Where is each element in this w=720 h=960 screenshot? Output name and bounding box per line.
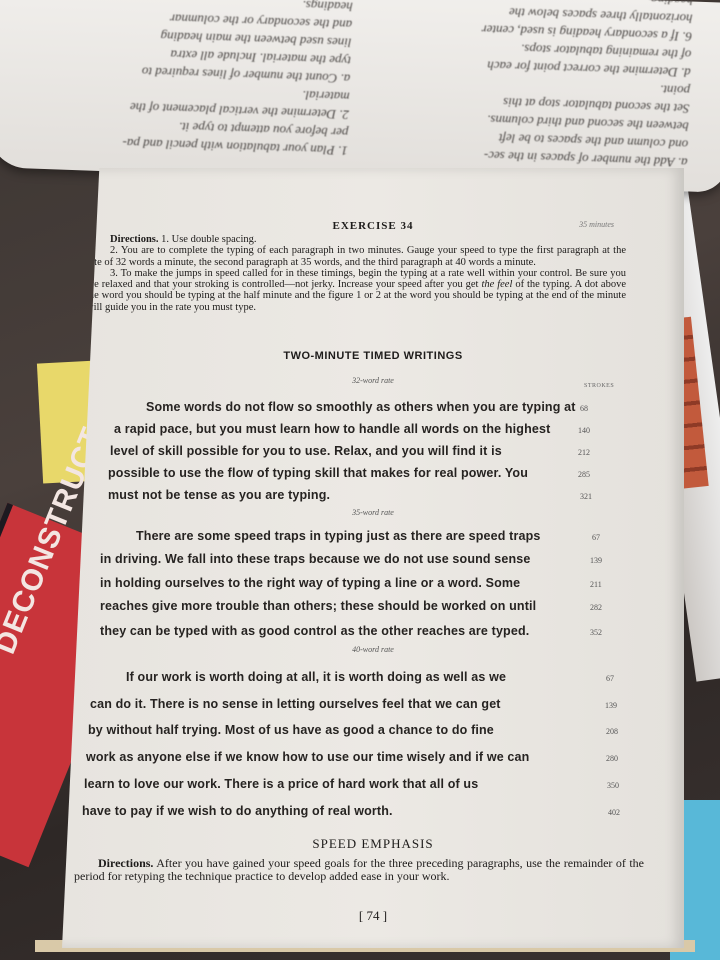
word-rate-label: 35-word rate [62,508,684,517]
timed-writing-line: a rapid pace, but you must learn how to … [114,422,550,436]
timed-writing-line: have to pay if we wish to do anything of… [82,804,393,818]
timed-writing-line: in holding ourselves to the right way of… [100,576,520,590]
timed-writing-line: There are some speed traps in typing jus… [136,529,541,543]
stroke-count: 212 [578,448,590,457]
timed-writing-line: Some words do not flow so smoothly as ot… [146,400,576,414]
stroke-count: 68 [580,404,588,413]
book-page: EXERCISE 34 35 minutes Directions. 1. Us… [62,168,684,948]
timed-writing-line: level of skill possible for you to use. … [110,444,502,458]
timed-writing-line: must not be tense as you are typing. [108,488,330,502]
stroke-count: 211 [590,580,602,589]
stroke-count: 140 [578,426,590,435]
upside-down-facing-page: a. Add the number of spaces in the sec-o… [0,0,720,193]
timed-writings-title: TWO-MINUTE TIMED WRITINGS [62,350,684,362]
timed-writing-line: by without half trying. Most of us have … [88,723,494,737]
facing-page-left-column: a. Add the number of spaces in the sec-o… [387,1,692,171]
timed-writing-line: If our work is worth doing at all, it is… [126,670,506,684]
word-rate-label: 40-word rate [62,645,684,654]
exercise-time: 35 minutes [579,220,614,229]
stroke-count: 67 [606,674,614,683]
facing-page-right-column: 1. Plan your tabulation with pencil and … [48,0,353,160]
stroke-count: 321 [580,492,592,501]
speed-emphasis-directions: Directions. After you have gained your s… [74,857,644,883]
direction-item-2: 2. You are to complete the typing of eac… [86,245,626,268]
page-number: [ 74 ] [62,908,684,924]
word-rate-label: 32-word rate [62,376,684,385]
stroke-count: 67 [592,533,600,542]
stroke-count: 402 [608,808,620,817]
stroke-count: 208 [606,727,618,736]
direction-item-3: 3. To make the jumps in speed called for… [86,268,626,313]
stroke-count: 352 [590,628,602,637]
directions-label: Directions. [110,234,159,245]
timed-writing-line: they can be typed with as good control a… [100,624,529,638]
stroke-count: 282 [590,603,602,612]
timed-writing-line: reaches give more trouble than others; t… [100,599,536,613]
timed-writing-line: in driving. We fall into these traps bec… [100,552,531,566]
stroke-count: 280 [606,754,618,763]
timed-writing-line: possible to use the flow of typing skill… [108,466,528,480]
stroke-count: 285 [578,470,590,479]
directions-block: Directions. 1. Use double spacing. 2. Yo… [86,234,626,313]
stroke-count: 139 [605,701,617,710]
stroke-count: 139 [590,556,602,565]
timed-writing-line: learn to love our work. There is a price… [84,777,478,791]
stroke-count: 350 [607,781,619,790]
speed-emphasis-title: SPEED EMPHASIS [62,836,684,852]
timed-writing-line: can do it. There is no sense in letting … [90,697,501,711]
direction-item-1: 1. Use double spacing. [161,234,256,245]
timed-writing-line: work as anyone else if we know how to us… [86,750,529,764]
